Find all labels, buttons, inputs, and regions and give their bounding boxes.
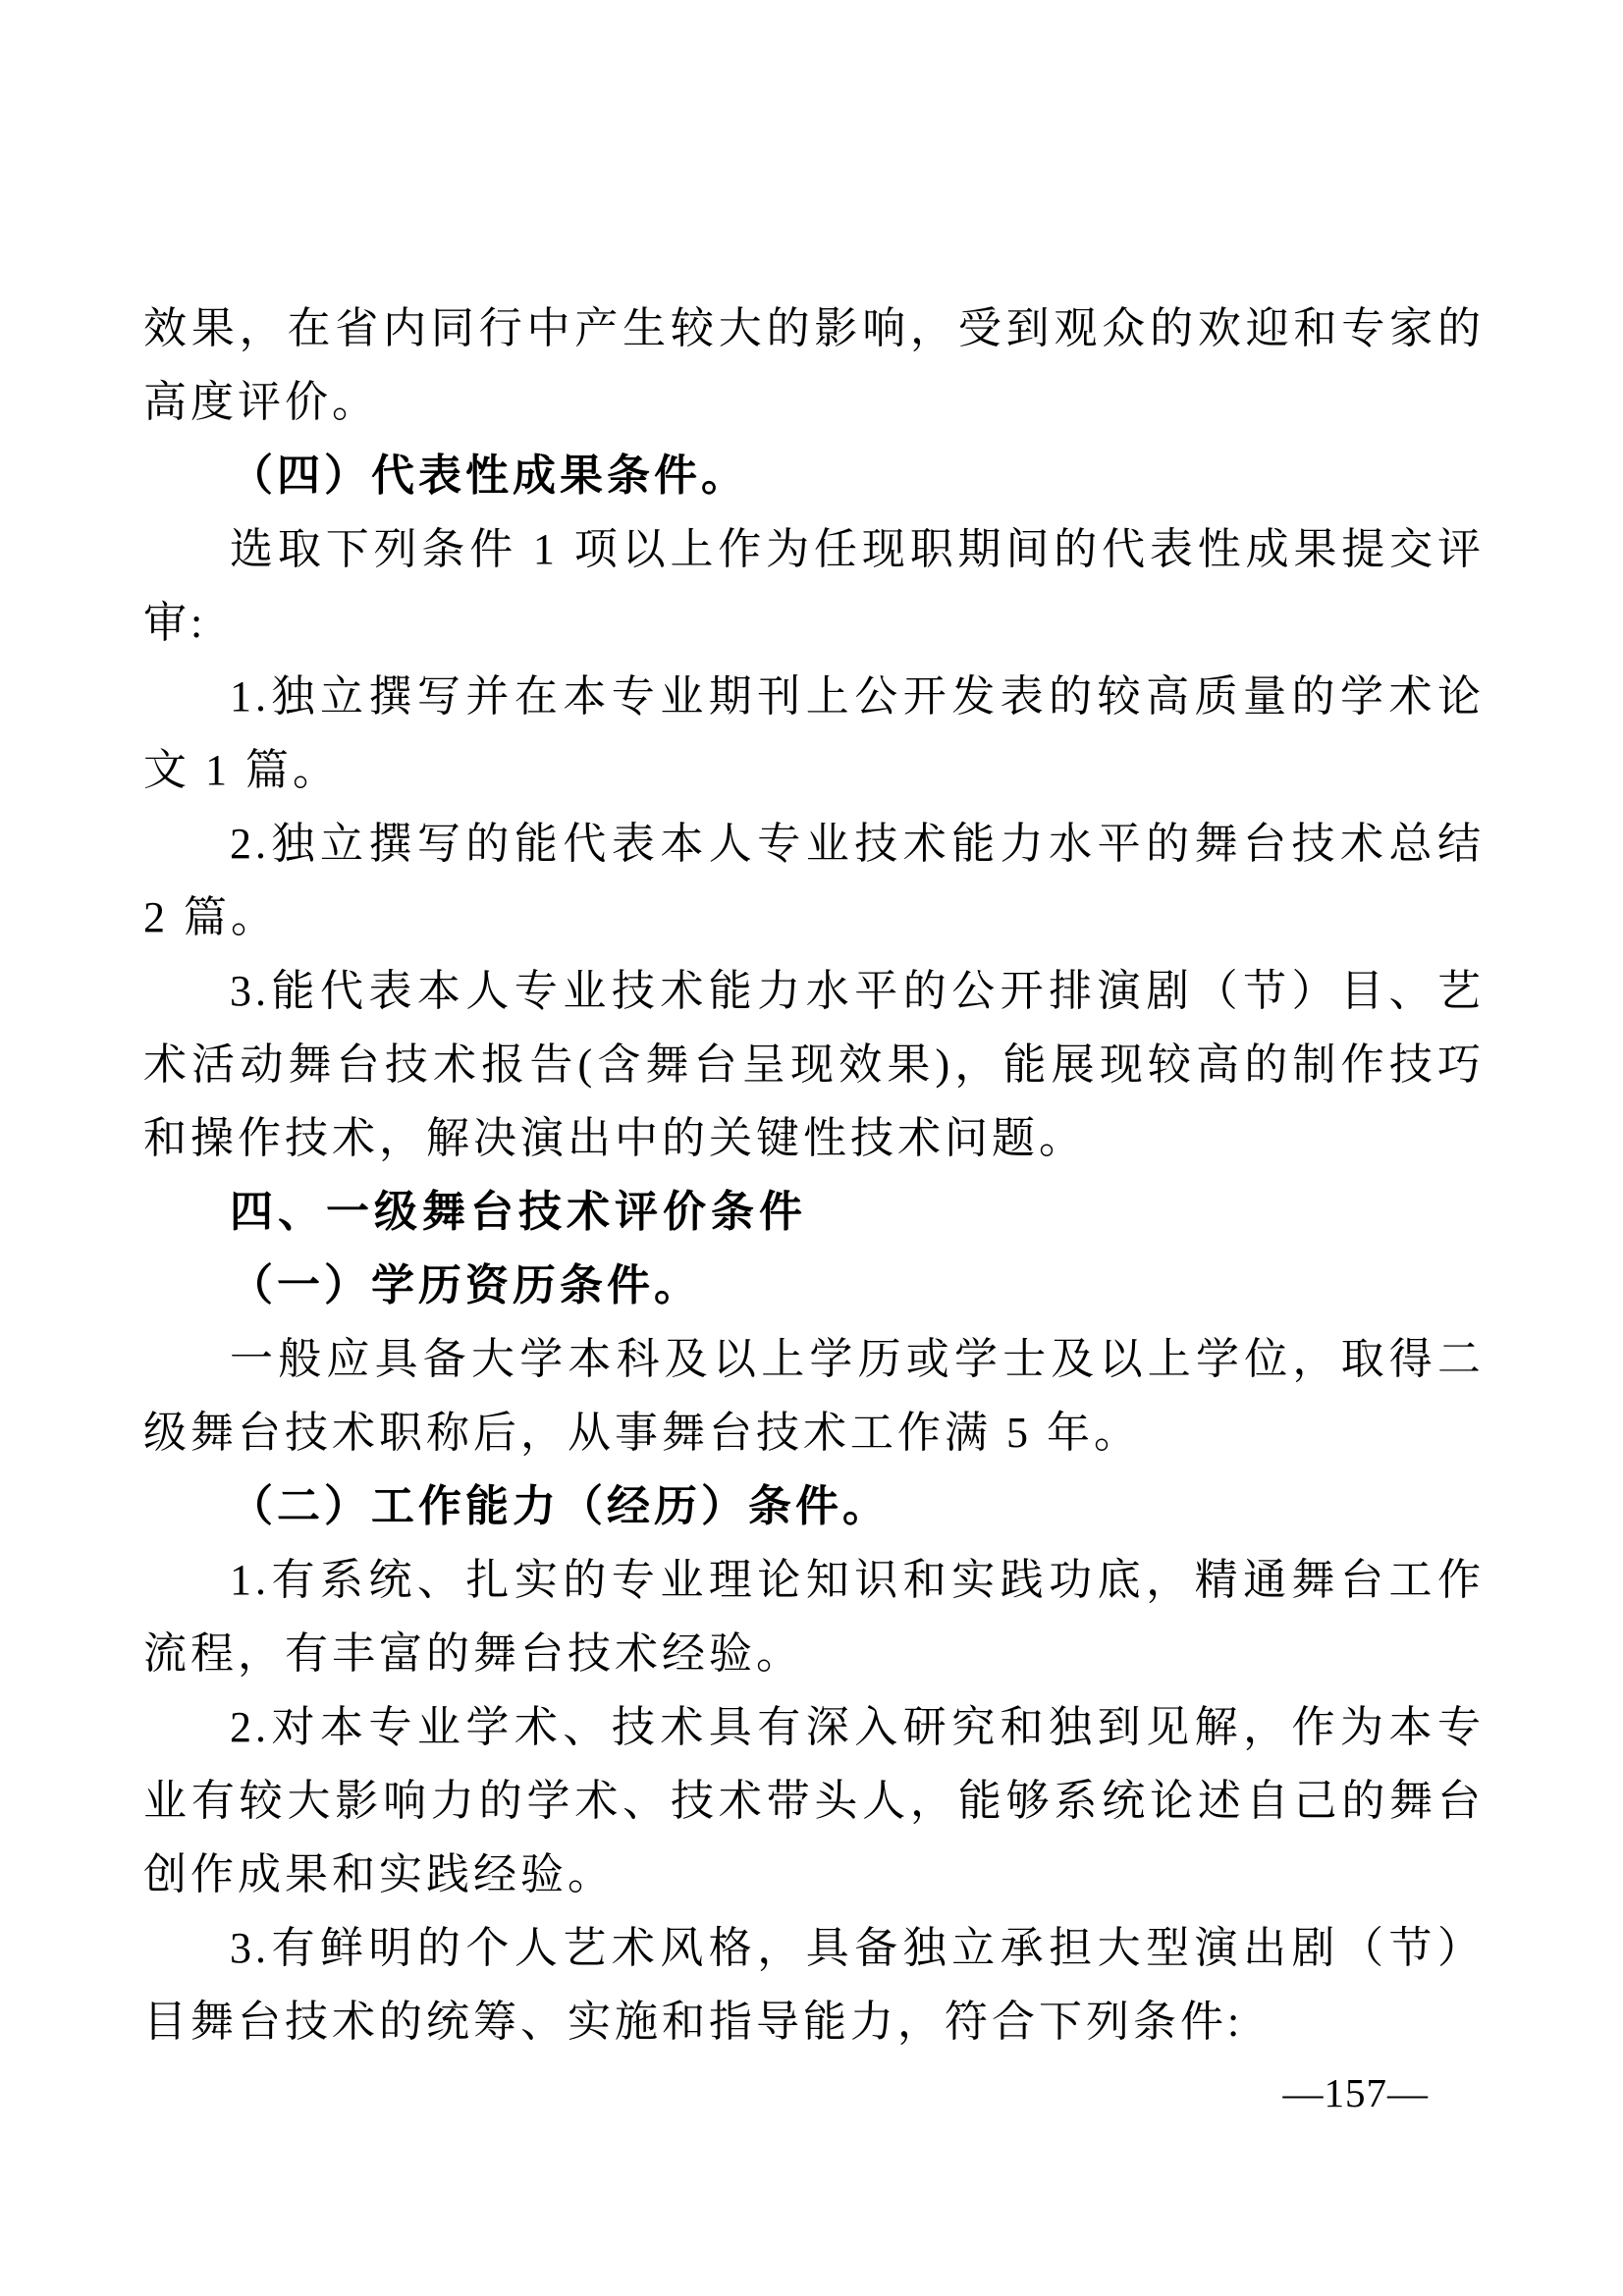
section-heading-level-one-stage-tech-criteria: 四、一级舞台技术评价条件 bbox=[143, 1175, 1485, 1249]
paragraph-item-3-personal-style: 3.有鲜明的个人艺术风格，具备独立承担大型演出剧（节）目舞台技术的统筹、实施和指… bbox=[143, 1911, 1485, 2058]
paragraph-item-1-academic-paper: 1.独立撰写并在本专业期刊上公开发表的较高质量的学术论文 1 篇。 bbox=[143, 660, 1485, 807]
subheading-education-seniority-conditions: （一）学历资历条件。 bbox=[143, 1249, 1485, 1322]
paragraph-item-3-public-performance-report: 3.能代表本人专业技术能力水平的公开排演剧（节）目、艺术活动舞台技术报告(含舞台… bbox=[143, 954, 1485, 1175]
paragraph-continuation: 效果，在省内同行中产生较大的影响，受到观众的欢迎和专家的高度评价。 bbox=[143, 292, 1485, 439]
paragraph-item-1-theory-knowledge: 1.有系统、扎实的专业理论知识和实践功底，精通舞台工作流程，有丰富的舞台技术经验… bbox=[143, 1543, 1485, 1690]
paragraph-item-2-academic-leader: 2.对本专业学术、技术具有深入研究和独到见解，作为本专业有较大影响力的学术、技术… bbox=[143, 1690, 1485, 1911]
subheading-work-ability-conditions: （二）工作能力（经历）条件。 bbox=[143, 1469, 1485, 1543]
paragraph-education-requirement: 一般应具备大学本科及以上学历或学士及以上学位，取得二级舞台技术职称后，从事舞台技… bbox=[143, 1322, 1485, 1469]
paragraph-select-conditions: 选取下列条件 1 项以上作为任现职期间的代表性成果提交评审: bbox=[143, 512, 1485, 660]
document-body: 效果，在省内同行中产生较大的影响，受到观众的欢迎和专家的高度评价。 （四）代表性… bbox=[143, 292, 1485, 2058]
subheading-representative-achievements: （四）代表性成果条件。 bbox=[143, 439, 1485, 512]
page-number: —157— bbox=[1283, 2069, 1430, 2116]
document-page: 效果，在省内同行中产生较大的影响，受到观众的欢迎和专家的高度评价。 （四）代表性… bbox=[0, 0, 1623, 2296]
paragraph-item-2-stage-tech-summary: 2.独立撰写的能代表本人专业技术能力水平的舞台技术总结 2 篇。 bbox=[143, 807, 1485, 954]
